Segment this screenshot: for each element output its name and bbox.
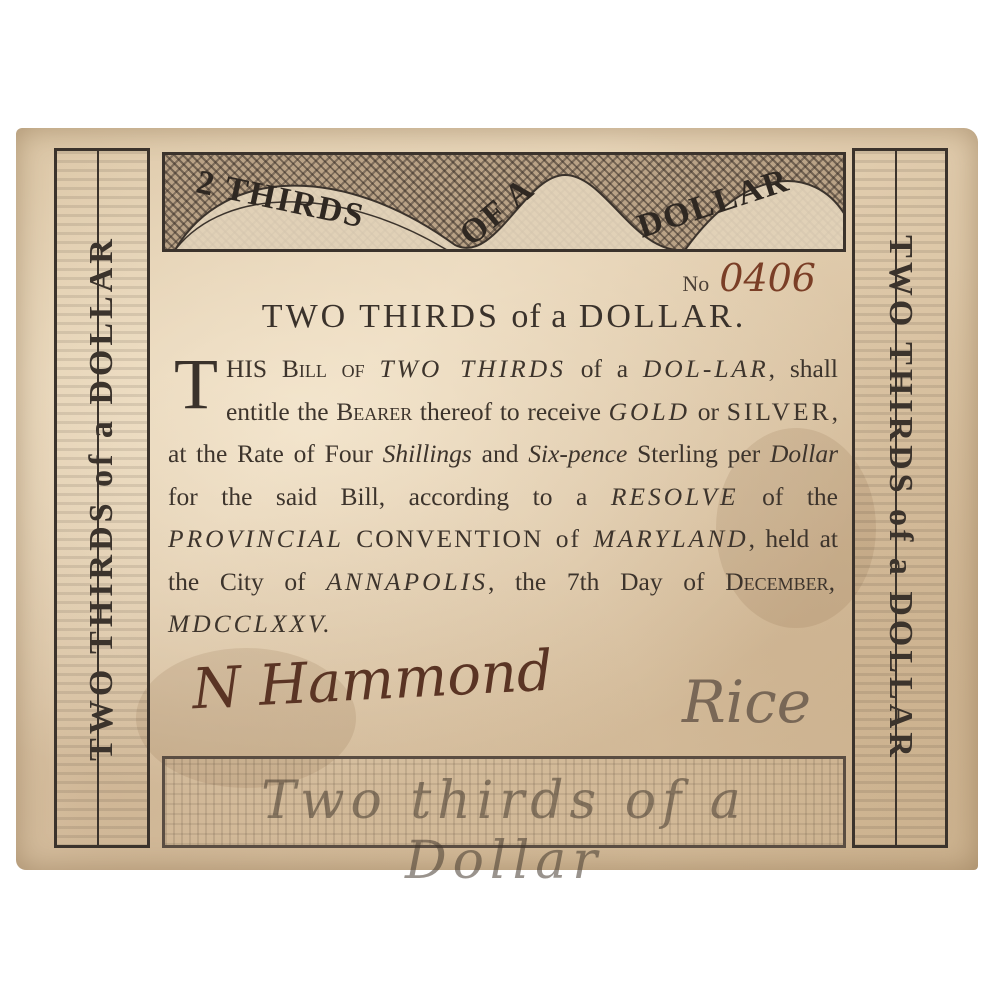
text-segment: ANNAPOLIS bbox=[326, 567, 488, 596]
left-ornamental-border: TWO THIRDS of a DOLLAR bbox=[54, 148, 150, 848]
text-segment: for the said Bill, according to a bbox=[168, 482, 611, 511]
serial-prefix: No bbox=[682, 271, 709, 296]
text-segment: TWO THIRDS bbox=[379, 354, 565, 383]
headline-dollar: DOLLAR. bbox=[579, 298, 746, 335]
bottom-ornamental-banner: Two thirds of a Dollar bbox=[162, 756, 846, 848]
text-segment: Shillings bbox=[383, 439, 472, 468]
headline-main: TWO THIRDS bbox=[262, 298, 500, 335]
dropcap: T bbox=[174, 354, 218, 414]
text-segment: Dollar bbox=[770, 439, 838, 468]
text-segment: Bearer bbox=[336, 397, 412, 426]
bill-text-paragraph: T HIS Bill of TWO THIRDS of a DOL-LAR, s… bbox=[168, 348, 838, 646]
text-segment: , the 7th Day of bbox=[488, 567, 725, 596]
top-ornamental-banner: 2 THIRDS OF A DOLLAR bbox=[162, 152, 846, 252]
signature-hammond: N Hammond bbox=[191, 639, 555, 723]
text-segment: or bbox=[690, 397, 727, 426]
text-segment: and bbox=[472, 439, 528, 468]
text-segment: thereof to receive bbox=[412, 397, 608, 426]
text-segment: PROVINCIAL bbox=[168, 524, 344, 553]
text-segment: MARYLAND bbox=[593, 524, 748, 553]
bottom-script-text: Two thirds of a Dollar bbox=[165, 771, 843, 891]
signature-rice: Rice bbox=[682, 668, 811, 736]
left-border-text: TWO THIRDS of a DOLLAR bbox=[83, 235, 121, 761]
text-segment: Six-pence bbox=[528, 439, 627, 468]
text-segment: of a bbox=[566, 354, 643, 383]
text-segment: GOLD bbox=[609, 397, 690, 426]
right-border-text: TWO THIRDS of a DOLLAR bbox=[881, 235, 919, 761]
headline-of-a: of a bbox=[511, 298, 567, 335]
serial-value: 0406 bbox=[719, 256, 816, 300]
text-segment: Sterling per bbox=[627, 439, 770, 468]
banknote: TWO THIRDS of a DOLLAR TWO THIRDS of a D… bbox=[16, 128, 978, 870]
text-segment: DOL-LAR bbox=[643, 354, 769, 383]
right-ornamental-border: TWO THIRDS of a DOLLAR bbox=[852, 148, 948, 848]
signature-area: N Hammond Rice bbox=[162, 628, 846, 753]
serial-number: No0406 bbox=[682, 256, 816, 300]
text-segment: of the bbox=[739, 482, 838, 511]
text-segment: RESOLVE bbox=[611, 482, 739, 511]
text-segment: HIS Bill of bbox=[226, 354, 379, 383]
text-segment: SILVER bbox=[727, 397, 832, 426]
denomination-headline: TWO THIRDS of a DOLLAR. bbox=[162, 298, 846, 336]
text-segment: December bbox=[725, 567, 828, 596]
text-segment: CONVENTION of bbox=[344, 524, 593, 553]
